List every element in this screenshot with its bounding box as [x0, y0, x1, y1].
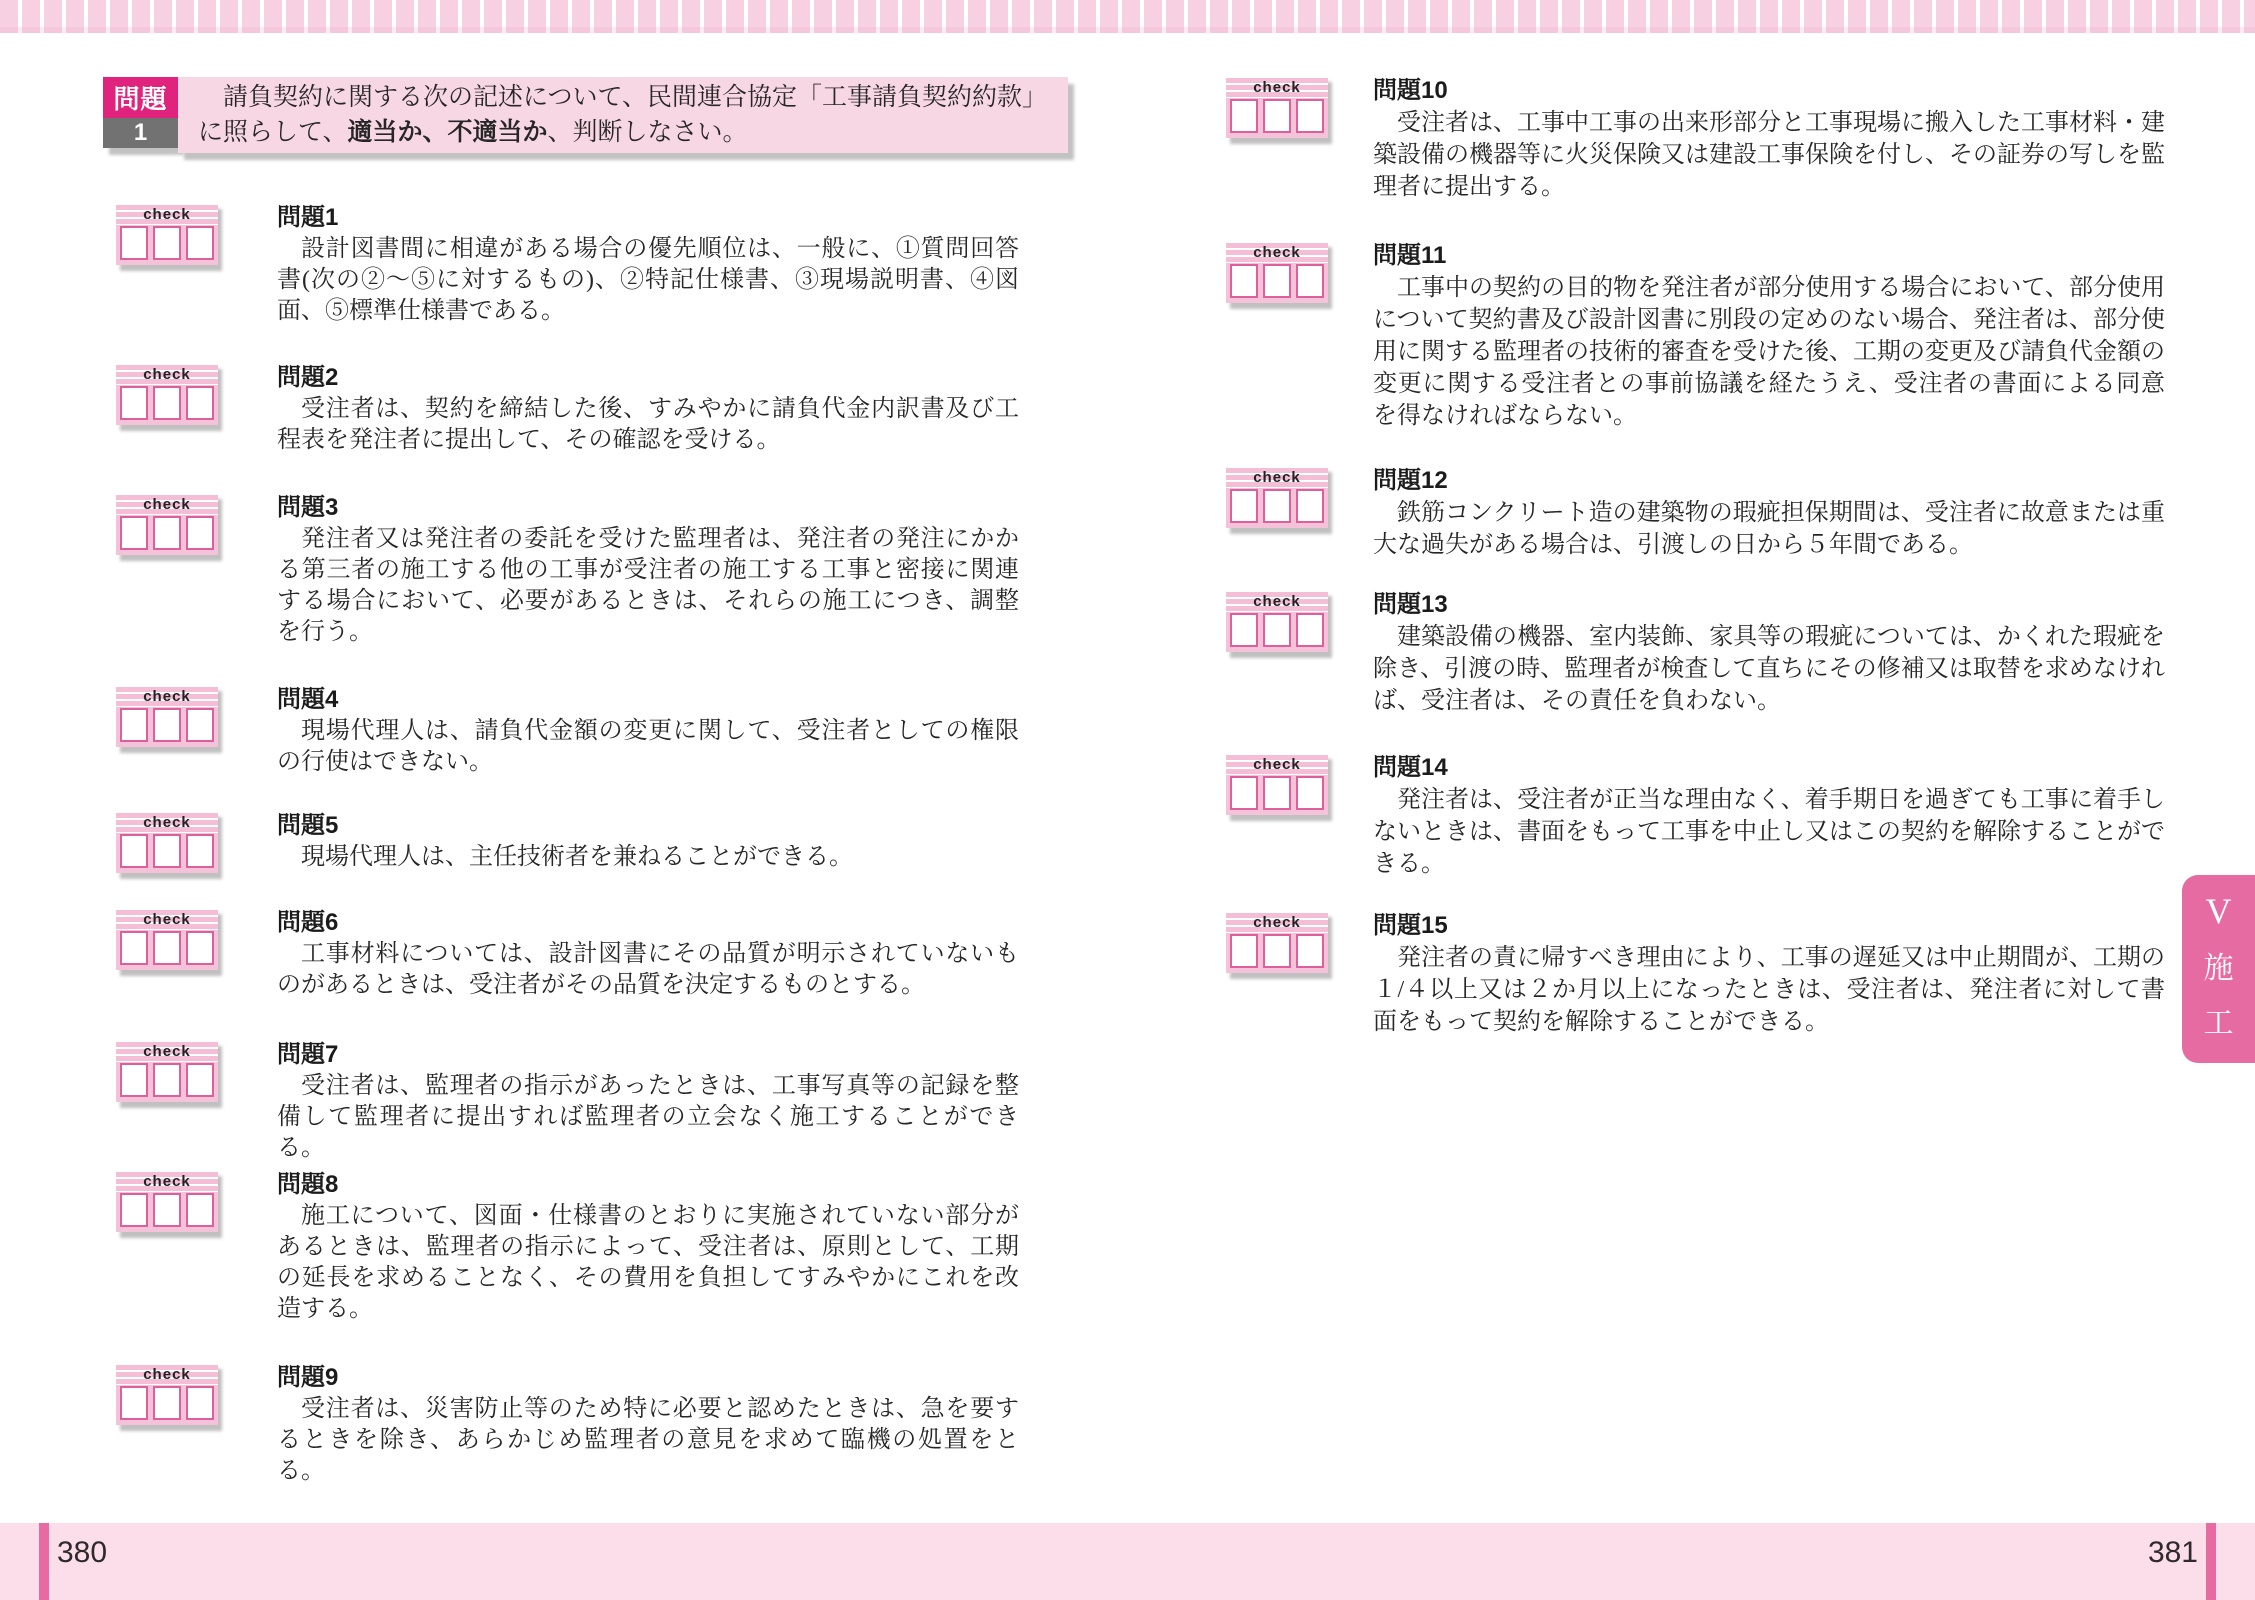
check-widget-header: check — [116, 203, 218, 225]
checkbox[interactable] — [1230, 489, 1258, 523]
checkbox[interactable] — [120, 386, 148, 420]
checkbox[interactable] — [120, 708, 148, 742]
check-label: check — [116, 908, 218, 930]
question-text: 設計図書間に相違がある場合の優先順位は、一般に、①質問回答書(次の②〜⑤に対する… — [277, 234, 1019, 327]
check-label: check — [116, 1363, 218, 1385]
check-label: check — [116, 203, 218, 225]
question-block-1: 問題1 設計図書間に相違がある場合の優先順位は、一般に、①質問回答書(次の②〜⑤… — [277, 205, 1019, 327]
checkbox[interactable] — [1263, 776, 1291, 810]
question-text: 受注者は、契約を締結した後、すみやかに請負代金内訳書及び工程表を発注者に提出して… — [277, 394, 1019, 456]
question-title: 問題4 — [277, 687, 1019, 713]
question-block-15: 問題15 発注者の責に帰すべき理由により、工事の遅延又は中止期間が、工期の１/４… — [1373, 913, 2165, 1038]
question-text: 受注者は、災害防止等のため特に必要と認めたときは、急を要するときを除き、あらかじ… — [277, 1394, 1019, 1487]
check-widget-q1: check — [116, 203, 218, 265]
check-label: check — [116, 811, 218, 833]
question-block-5: 問題5 現場代理人は、主任技術者を兼ねることができる。 — [277, 813, 1019, 873]
question-title: 問題5 — [277, 813, 1019, 839]
question-block-12: 問題12 鉄筋コンクリート造の建築物の瑕疵担保期間は、受注者に故意または重大な過… — [1373, 468, 2165, 561]
problem-header-tab: 問題 1 — [103, 77, 178, 148]
checkbox[interactable] — [120, 1386, 148, 1420]
checkbox[interactable] — [186, 931, 214, 965]
check-boxes — [116, 1062, 218, 1102]
check-boxes — [116, 385, 218, 425]
check-widget-header: check — [1226, 241, 1328, 263]
check-widget-q15: check — [1226, 911, 1328, 973]
check-boxes — [116, 707, 218, 747]
question-title: 問題3 — [277, 495, 1019, 521]
check-widget-q9: check — [116, 1363, 218, 1425]
checkbox[interactable] — [1296, 489, 1324, 523]
checkbox[interactable] — [186, 834, 214, 868]
question-title: 問題12 — [1373, 468, 2165, 494]
checkbox[interactable] — [120, 516, 148, 550]
check-widget-header: check — [1226, 466, 1328, 488]
check-boxes — [116, 930, 218, 970]
question-title: 問題1 — [277, 205, 1019, 231]
check-widget-q12: check — [1226, 466, 1328, 528]
question-block-8: 問題8 施工について、図面・仕様書のとおりに実施されていない部分があるときは、監… — [277, 1172, 1019, 1325]
question-title: 問題10 — [1373, 78, 2165, 104]
section-tab-char-2: 工 — [2204, 1009, 2234, 1039]
question-text: 現場代理人は、主任技術者を兼ねることができる。 — [277, 842, 1019, 873]
section-tab-char-1: 施 — [2204, 954, 2234, 984]
question-title: 問題9 — [277, 1365, 1019, 1391]
question-text: 受注者は、監理者の指示があったときは、工事写真等の記録を整備して監理者に提出すれ… — [277, 1071, 1019, 1164]
question-title: 問題14 — [1373, 755, 2165, 781]
check-label: check — [1226, 911, 1328, 933]
problem-instruction-box: 請負契約に関する次の記述について、民間連合協定「工事請負契約約款」に照らして、適… — [178, 77, 1068, 153]
check-widget-header: check — [116, 493, 218, 515]
checkbox[interactable] — [153, 226, 181, 260]
question-block-13: 問題13 建築設備の機器、室内装飾、家具等の瑕疵については、かくれた瑕疵を除き、… — [1373, 592, 2165, 717]
check-widget-header: check — [116, 1363, 218, 1385]
instruction-segment-2: 、判断しなさい。 — [548, 119, 748, 146]
check-widget-header: check — [1226, 911, 1328, 933]
check-label: check — [116, 493, 218, 515]
question-title: 問題7 — [277, 1042, 1019, 1068]
footer-accent-bar-left — [39, 1523, 49, 1600]
check-widget-header: check — [1226, 76, 1328, 98]
check-widget-q4: check — [116, 685, 218, 747]
check-label: check — [1226, 753, 1328, 775]
check-widget-header: check — [116, 1170, 218, 1192]
checkbox[interactable] — [120, 834, 148, 868]
check-label: check — [1226, 76, 1328, 98]
question-text: 工事中の契約の目的物を発注者が部分使用する場合において、部分使用について契約書及… — [1373, 272, 2165, 432]
check-widget-q5: check — [116, 811, 218, 873]
problem-header-number: 1 — [103, 118, 178, 148]
checkbox[interactable] — [186, 386, 214, 420]
checkbox[interactable] — [153, 1063, 181, 1097]
question-text: 発注者又は発注者の委託を受けた監理者は、発注者の発注にかかる第三者の施工する他の… — [277, 524, 1019, 648]
question-block-3: 問題3 発注者又は発注者の委託を受けた監理者は、発注者の発注にかかる第三者の施工… — [277, 495, 1019, 648]
checkbox[interactable] — [153, 1193, 181, 1227]
check-widget-header: check — [116, 685, 218, 707]
checkbox[interactable] — [186, 516, 214, 550]
checkbox[interactable] — [186, 1063, 214, 1097]
check-boxes — [116, 1385, 218, 1425]
checkbox[interactable] — [1296, 776, 1324, 810]
checkbox[interactable] — [1296, 99, 1324, 133]
checkbox[interactable] — [1230, 934, 1258, 968]
question-block-4: 問題4 現場代理人は、請負代金額の変更に関して、受注者としての権限の行使はできな… — [277, 687, 1019, 778]
check-widget-q2: check — [116, 363, 218, 425]
check-boxes — [1226, 933, 1328, 973]
check-widget-q8: check — [116, 1170, 218, 1232]
checkbox[interactable] — [1263, 99, 1291, 133]
check-boxes — [1226, 98, 1328, 138]
check-widget-q13: check — [1226, 590, 1328, 652]
checkbox[interactable] — [1230, 99, 1258, 133]
question-block-14: 問題14 発注者は、受注者が正当な理由なく、着手期日を過ぎても工事に着手しないと… — [1373, 755, 2165, 880]
section-tab: V 施 工 — [2182, 875, 2255, 1063]
check-label: check — [116, 1170, 218, 1192]
instruction-segment-bold: 適当か、不適当か — [348, 118, 548, 146]
checkbox[interactable] — [153, 516, 181, 550]
check-widget-q7: check — [116, 1040, 218, 1102]
question-title: 問題8 — [277, 1172, 1019, 1198]
footer-band: 380 381 — [0, 1523, 2255, 1600]
checkbox[interactable] — [120, 931, 148, 965]
check-widget-q11: check — [1226, 241, 1328, 303]
check-label: check — [1226, 590, 1328, 612]
checkbox[interactable] — [1263, 264, 1291, 298]
footer-accent-bar-right — [2206, 1523, 2216, 1600]
checkbox[interactable] — [1296, 934, 1324, 968]
checkbox[interactable] — [186, 1386, 214, 1420]
question-text: 施工について、図面・仕様書のとおりに実施されていない部分があるときは、監理者の指… — [277, 1201, 1019, 1325]
question-block-11: 問題11 工事中の契約の目的物を発注者が部分使用する場合において、部分使用につい… — [1373, 243, 2165, 432]
check-label: check — [1226, 466, 1328, 488]
question-text: 発注者は、受注者が正当な理由なく、着手期日を過ぎても工事に着手しないときは、書面… — [1373, 784, 2165, 880]
check-label: check — [116, 363, 218, 385]
check-widget-header: check — [1226, 590, 1328, 612]
checkbox[interactable] — [186, 1193, 214, 1227]
question-block-7: 問題7 受注者は、監理者の指示があったときは、工事写真等の記録を整備して監理者に… — [277, 1042, 1019, 1164]
question-text: 発注者の責に帰すべき理由により、工事の遅延又は中止期間が、工期の１/４以上又は２… — [1373, 942, 2165, 1038]
check-widget-header: check — [1226, 753, 1328, 775]
question-title: 問題15 — [1373, 913, 2165, 939]
checkbox[interactable] — [1296, 264, 1324, 298]
checkbox[interactable] — [120, 226, 148, 260]
check-label: check — [116, 1040, 218, 1062]
checkbox[interactable] — [1263, 613, 1291, 647]
question-block-10: 問題10 受注者は、工事中工事の出来形部分と工事現場に搬入した工事材料・建築設備… — [1373, 78, 2165, 203]
checkbox[interactable] — [153, 1386, 181, 1420]
question-text: 受注者は、工事中工事の出来形部分と工事現場に搬入した工事材料・建築設備の機器等に… — [1373, 107, 2165, 203]
problem-header-label: 問題 — [103, 77, 178, 118]
checkbox[interactable] — [1263, 489, 1291, 523]
checkbox[interactable] — [153, 386, 181, 420]
question-block-2: 問題2 受注者は、契約を締結した後、すみやかに請負代金内訳書及び工程表を発注者に… — [277, 365, 1019, 456]
check-boxes — [1226, 488, 1328, 528]
checkbox[interactable] — [120, 1063, 148, 1097]
check-boxes — [116, 225, 218, 265]
check-widget-header: check — [116, 1040, 218, 1062]
check-boxes — [1226, 263, 1328, 303]
question-title: 問題13 — [1373, 592, 2165, 618]
section-tab-numeral: V — [2206, 893, 2232, 929]
checkbox[interactable] — [186, 708, 214, 742]
question-text: 工事材料については、設計図書にその品質が明示されていないものがあるときは、受注者… — [277, 939, 1019, 1001]
question-block-9: 問題9 受注者は、災害防止等のため特に必要と認めたときは、急を要するときを除き、… — [277, 1365, 1019, 1487]
check-label: check — [1226, 241, 1328, 263]
check-boxes — [116, 833, 218, 873]
check-widget-q14: check — [1226, 753, 1328, 815]
checkbox[interactable] — [1263, 934, 1291, 968]
checkbox[interactable] — [153, 834, 181, 868]
check-widget-header: check — [116, 811, 218, 833]
checkbox[interactable] — [1230, 613, 1258, 647]
check-widget-q10: check — [1226, 76, 1328, 138]
question-title: 問題2 — [277, 365, 1019, 391]
check-boxes — [116, 1192, 218, 1232]
top-striped-band — [0, 0, 2255, 33]
checkbox[interactable] — [1296, 613, 1324, 647]
check-boxes — [116, 515, 218, 555]
question-text: 鉄筋コンクリート造の建築物の瑕疵担保期間は、受注者に故意または重大な過失がある場… — [1373, 497, 2165, 561]
page-number-left: 380 — [57, 1536, 107, 1570]
question-text: 現場代理人は、請負代金額の変更に関して、受注者としての権限の行使はできない。 — [277, 716, 1019, 778]
page-number-right: 381 — [2148, 1536, 2198, 1570]
checkbox[interactable] — [1230, 264, 1258, 298]
check-widget-q6: check — [116, 908, 218, 970]
question-title: 問題6 — [277, 910, 1019, 936]
question-block-6: 問題6 工事材料については、設計図書にその品質が明示されていないものがあるときは… — [277, 910, 1019, 1001]
checkbox[interactable] — [153, 931, 181, 965]
checkbox[interactable] — [186, 226, 214, 260]
check-widget-header: check — [116, 908, 218, 930]
check-boxes — [1226, 775, 1328, 815]
check-widget-q3: check — [116, 493, 218, 555]
book-spread: 問題 1 請負契約に関する次の記述について、民間連合協定「工事請負契約約款」に照… — [0, 0, 2255, 1600]
problem-instruction-text: 請負契約に関する次の記述について、民間連合協定「工事請負契約約款」に照らして、適… — [198, 81, 1052, 150]
question-title: 問題11 — [1373, 243, 2165, 269]
checkbox[interactable] — [153, 708, 181, 742]
checkbox[interactable] — [1230, 776, 1258, 810]
check-label: check — [116, 685, 218, 707]
check-widget-header: check — [116, 363, 218, 385]
question-text: 建築設備の機器、室内装飾、家具等の瑕疵については、かくれた瑕疵を除き、引渡の時、… — [1373, 621, 2165, 717]
checkbox[interactable] — [120, 1193, 148, 1227]
check-boxes — [1226, 612, 1328, 652]
